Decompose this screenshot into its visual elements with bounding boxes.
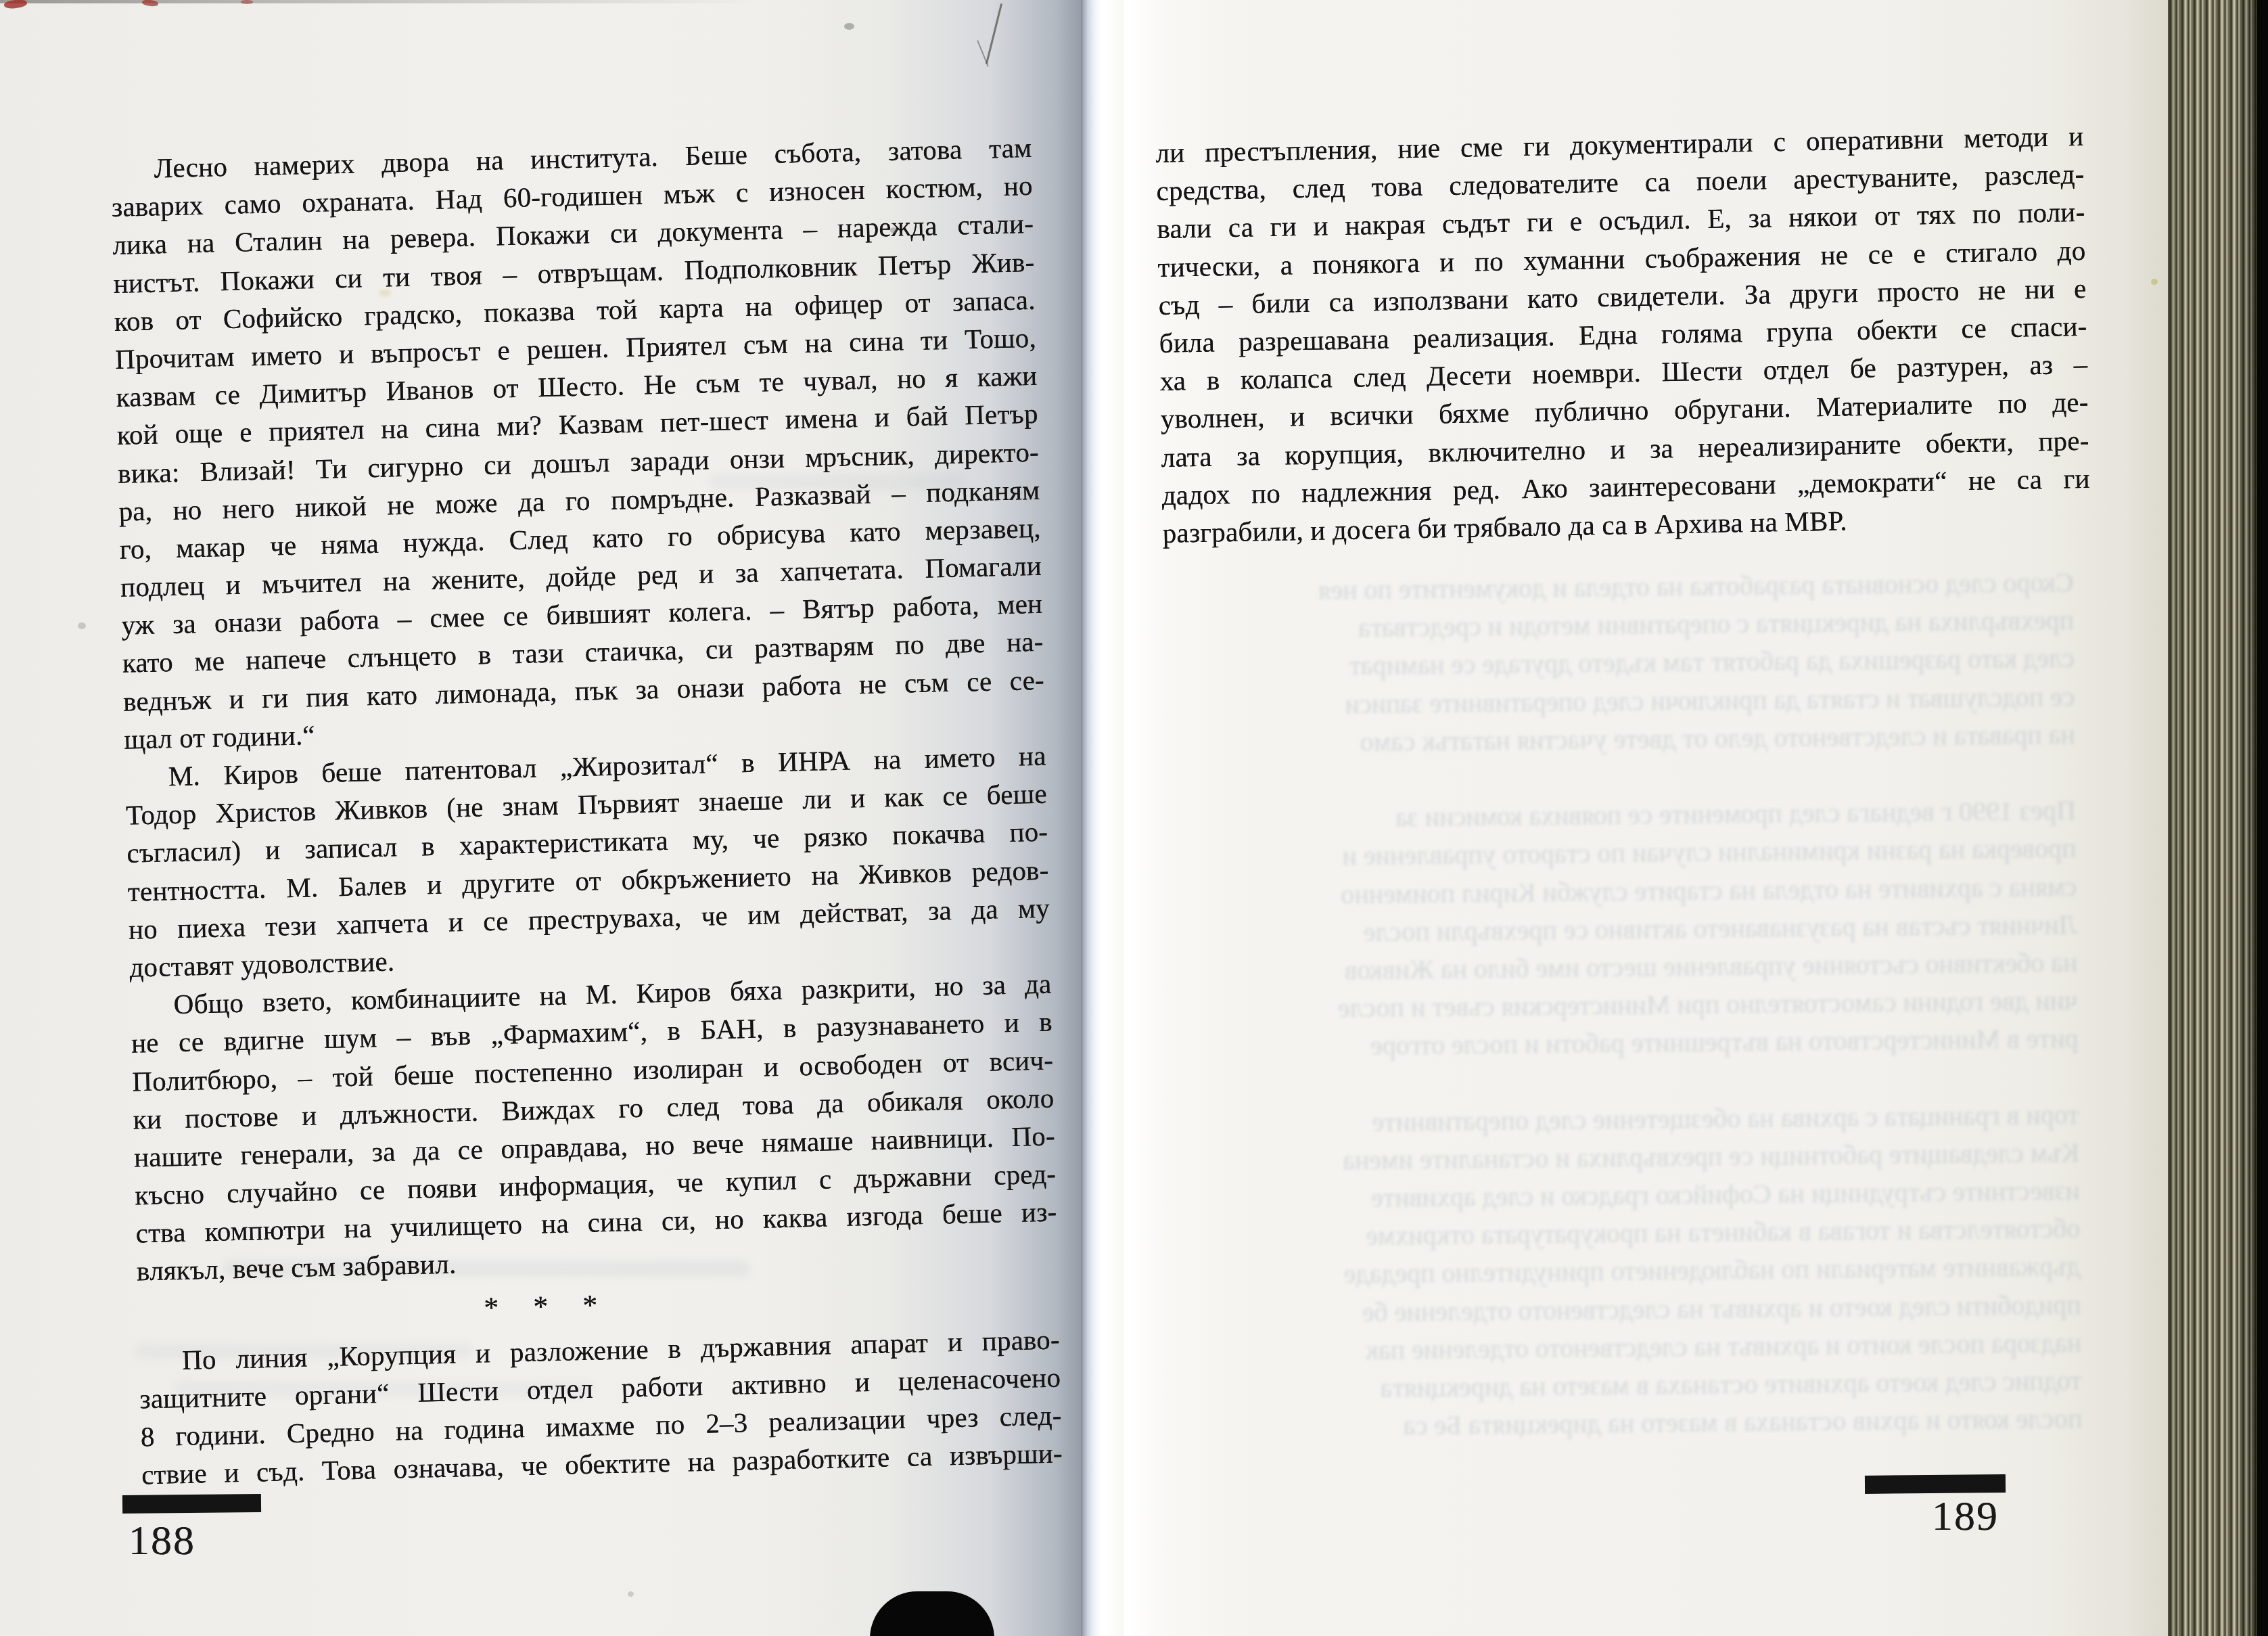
page-fore-edge-shade xyxy=(2168,0,2257,1636)
dust-speck xyxy=(78,622,86,629)
page-number-left: 188 xyxy=(129,1517,195,1565)
dust-speck xyxy=(379,290,391,296)
footer-rule-right xyxy=(1865,1474,2006,1494)
bleedthrough-text: Скоро след основната разработка на отдел… xyxy=(1153,564,2082,1447)
scan-black-edge xyxy=(2257,0,2268,1636)
page-number-right: 189 xyxy=(1932,1493,1999,1541)
footer-rule-left xyxy=(122,1494,261,1514)
right-page-text: ли престъпления, ние сме ги документирал… xyxy=(1155,117,2091,552)
dust-speck xyxy=(628,1591,634,1597)
left-page-text: Лесно намерих двора на института. Беше с… xyxy=(110,129,1063,1494)
dust-speck xyxy=(890,227,897,233)
red-ink-mark xyxy=(241,0,253,4)
dust-speck xyxy=(2151,279,2158,285)
gutter-highlight xyxy=(1081,0,1124,1636)
dust-speck xyxy=(844,23,854,30)
book-spread-scan: Скоро след основната разработка на отдел… xyxy=(0,0,2268,1636)
